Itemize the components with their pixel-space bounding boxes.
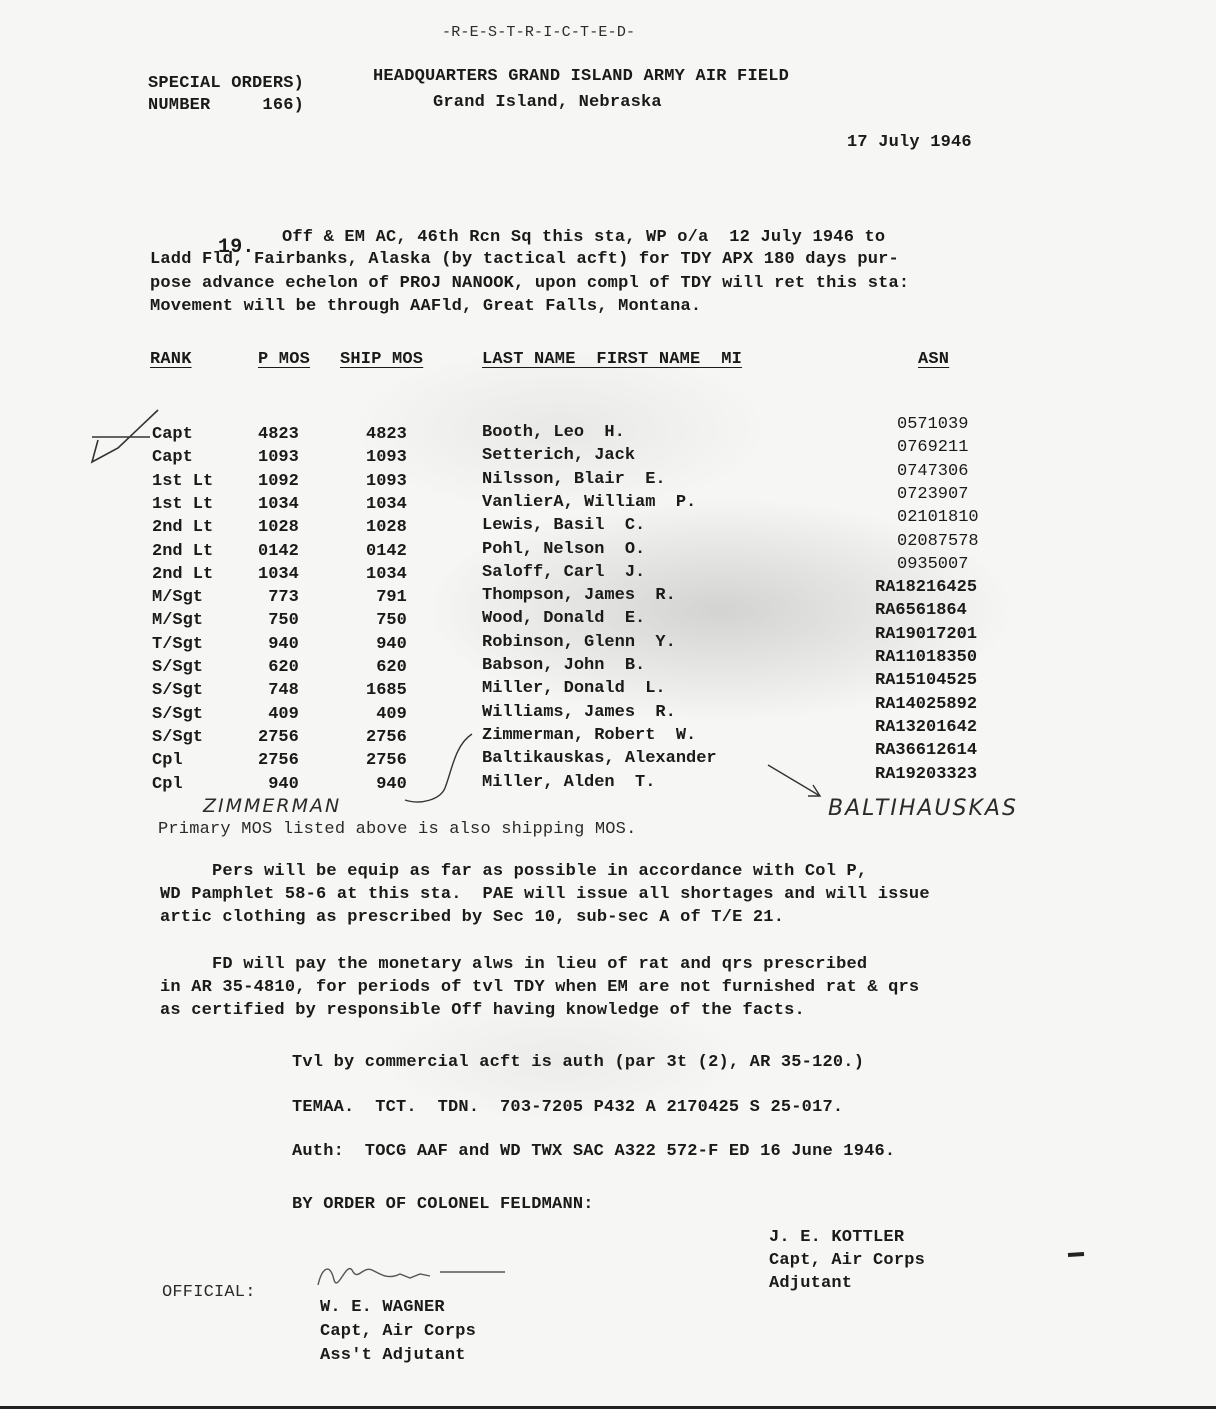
- primary-mos-cell: 620: [258, 658, 299, 677]
- rank-cell: Cpl: [152, 751, 183, 770]
- paragraph-line: FD will pay the monetary alws in lieu of…: [160, 955, 867, 974]
- ship-mos-cell: 2756: [366, 728, 407, 747]
- name-cell: Zimmerman, Robert W.: [482, 726, 696, 745]
- ship-mos-cell: 409: [366, 705, 407, 724]
- ship-mos-cell: 4823: [366, 425, 407, 444]
- column-header: SHIP MOS: [340, 350, 423, 369]
- primary-mos-cell: 1034: [258, 565, 299, 584]
- special-orders-label: SPECIAL ORDERS): [148, 74, 304, 93]
- rank-cell: M/Sgt: [152, 588, 203, 607]
- handwritten-zimmerman: ZIMMERMAN: [203, 795, 341, 817]
- order-number: NUMBER 166): [148, 96, 304, 115]
- name-cell: Thompson, James R.: [482, 586, 676, 605]
- primary-mos-cell: 2756: [258, 751, 299, 770]
- headquarters-location: Grand Island, Nebraska: [433, 93, 662, 112]
- ship-mos-cell: 940: [366, 775, 407, 794]
- handwritten-baltihauskas: BALTIHAUSKAS: [828, 796, 1018, 821]
- ship-mos-cell: 620: [366, 658, 407, 677]
- primary-mos-cell: 409: [258, 705, 299, 724]
- paragraph-19-line: Movement will be through AAFld, Great Fa…: [150, 297, 701, 316]
- rank-cell: S/Sgt: [152, 681, 203, 700]
- rank-cell: M/Sgt: [152, 611, 203, 630]
- name-cell: Babson, John B.: [482, 656, 645, 675]
- column-header: ASN: [918, 350, 949, 369]
- ship-mos-cell: 791: [366, 588, 407, 607]
- asn-cell: 02101810: [897, 508, 979, 527]
- name-cell: VanlierA, William P.: [482, 493, 696, 512]
- order-date: 17 July 1946: [847, 133, 972, 152]
- auth-line: Tvl by commercial acft is auth (par 3t (…: [292, 1053, 864, 1072]
- asn-cell: RA14025892: [875, 695, 977, 714]
- asn-cell: RA19017201: [875, 625, 977, 644]
- name-cell: Pohl, Nelson O.: [482, 540, 645, 559]
- asst-adjutant-role: Ass't Adjutant: [320, 1346, 466, 1365]
- asn-cell: 02087578: [897, 532, 979, 551]
- rank-cell: S/Sgt: [152, 658, 203, 677]
- rank-cell: Capt: [152, 448, 193, 467]
- rank-cell: T/Sgt: [152, 635, 203, 654]
- paragraph-line: as certified by responsible Off having k…: [160, 1001, 805, 1020]
- rank-cell: 2nd Lt: [152, 565, 213, 584]
- rank-cell: 2nd Lt: [152, 518, 213, 537]
- adjutant-title: Capt, Air Corps: [769, 1251, 925, 1270]
- name-cell: Setterich, Jack: [482, 446, 635, 465]
- classification-marking: -R-E-S-T-R-I-C-T-E-D-: [442, 24, 635, 41]
- primary-mos-cell: 773: [258, 588, 299, 607]
- asn-cell: RA15104525: [875, 671, 977, 690]
- auth-line: BY ORDER OF COLONEL FELDMANN:: [292, 1195, 594, 1214]
- column-header: RANK: [150, 350, 192, 369]
- asn-cell: 0571039: [897, 415, 968, 434]
- ship-mos-cell: 1685: [366, 681, 407, 700]
- ship-mos-cell: 1034: [366, 495, 407, 514]
- primary-mos-cell: 1028: [258, 518, 299, 537]
- asst-adjutant-name: W. E. WAGNER: [320, 1298, 445, 1317]
- paragraph-line: Pers will be equip as far as possible in…: [160, 862, 867, 881]
- paragraph-19-line: pose advance echelon of PROJ NANOOK, upo…: [150, 274, 909, 293]
- adjutant-role: Adjutant: [769, 1274, 852, 1293]
- primary-mos-cell: 1034: [258, 495, 299, 514]
- rank-cell: 1st Lt: [152, 472, 213, 491]
- ship-mos-cell: 1093: [366, 448, 407, 467]
- asn-cell: 0769211: [897, 438, 968, 457]
- rank-cell: S/Sgt: [152, 705, 203, 724]
- paragraph-line: artic clothing as prescribed by Sec 10, …: [160, 908, 784, 927]
- primary-mos-cell: 1093: [258, 448, 299, 467]
- ship-mos-cell: 0142: [366, 542, 407, 561]
- ship-mos-cell: 940: [366, 635, 407, 654]
- rank-cell: Capt: [152, 425, 193, 444]
- auth-line: Auth: TOCG AAF and WD TWX SAC A322 572-F…: [292, 1142, 895, 1161]
- paragraph-line: in AR 35-4810, for periods of tvl TDY wh…: [160, 978, 919, 997]
- asn-cell: RA19203323: [875, 765, 977, 784]
- name-cell: Robinson, Glenn Y.: [482, 633, 676, 652]
- ship-mos-cell: 2756: [366, 751, 407, 770]
- primary-mos-cell: 748: [258, 681, 299, 700]
- name-cell: Miller, Donald L.: [482, 679, 666, 698]
- asn-cell: 0723907: [897, 485, 968, 504]
- name-cell: Williams, James R.: [482, 703, 676, 722]
- mos-note: Primary MOS listed above is also shippin…: [158, 820, 636, 839]
- asn-cell: 0935007: [897, 555, 968, 574]
- asn-cell: RA13201642: [875, 718, 977, 737]
- name-cell: Saloff, Carl J.: [482, 563, 645, 582]
- rank-cell: Cpl: [152, 775, 183, 794]
- primary-mos-cell: 4823: [258, 425, 299, 444]
- primary-mos-cell: 2756: [258, 728, 299, 747]
- ship-mos-cell: 1093: [366, 472, 407, 491]
- ship-mos-cell: 1034: [366, 565, 407, 584]
- asn-cell: RA18216425: [875, 578, 977, 597]
- asst-adjutant-title: Capt, Air Corps: [320, 1322, 476, 1341]
- primary-mos-cell: 750: [258, 611, 299, 630]
- adjutant-name: J. E. KOTTLER: [769, 1228, 904, 1247]
- primary-mos-cell: 1092: [258, 472, 299, 491]
- column-header: LAST NAME FIRST NAME MI: [482, 350, 742, 369]
- ship-mos-cell: 1028: [366, 518, 407, 537]
- rank-cell: S/Sgt: [152, 728, 203, 747]
- headquarters-title: HEADQUARTERS GRAND ISLAND ARMY AIR FIELD: [373, 67, 789, 86]
- primary-mos-cell: 940: [258, 635, 299, 654]
- column-header: P MOS: [258, 350, 310, 369]
- primary-mos-cell: 940: [258, 775, 299, 794]
- auth-line: TEMAA. TCT. TDN. 703-7205 P432 A 2170425…: [292, 1098, 843, 1117]
- ship-mos-cell: 750: [366, 611, 407, 630]
- paragraph-19-line: Off & EM AC, 46th Rcn Sq this sta, WP o/…: [282, 228, 885, 247]
- paragraph-19-line: Ladd Fld, Fairbanks, Alaska (by tactical…: [150, 250, 899, 269]
- name-cell: Baltikauskas, Alexander: [482, 749, 717, 768]
- rank-cell: 1st Lt: [152, 495, 213, 514]
- official-label: OFFICIAL:: [162, 1283, 256, 1302]
- asn-cell: RA36612614: [875, 741, 977, 760]
- rank-cell: 2nd Lt: [152, 542, 213, 561]
- name-cell: Nilsson, Blair E.: [482, 470, 666, 489]
- primary-mos-cell: 0142: [258, 542, 299, 561]
- asn-cell: RA6561864: [875, 601, 967, 620]
- name-cell: Lewis, Basil C.: [482, 516, 645, 535]
- paragraph-line: WD Pamphlet 58-6 at this sta. PAE will i…: [160, 885, 930, 904]
- name-cell: Booth, Leo H.: [482, 423, 625, 442]
- asn-cell: RA11018350: [875, 648, 977, 667]
- name-cell: Wood, Donald E.: [482, 609, 645, 628]
- name-cell: Miller, Alden T.: [482, 773, 655, 792]
- asn-cell: 0747306: [897, 462, 968, 481]
